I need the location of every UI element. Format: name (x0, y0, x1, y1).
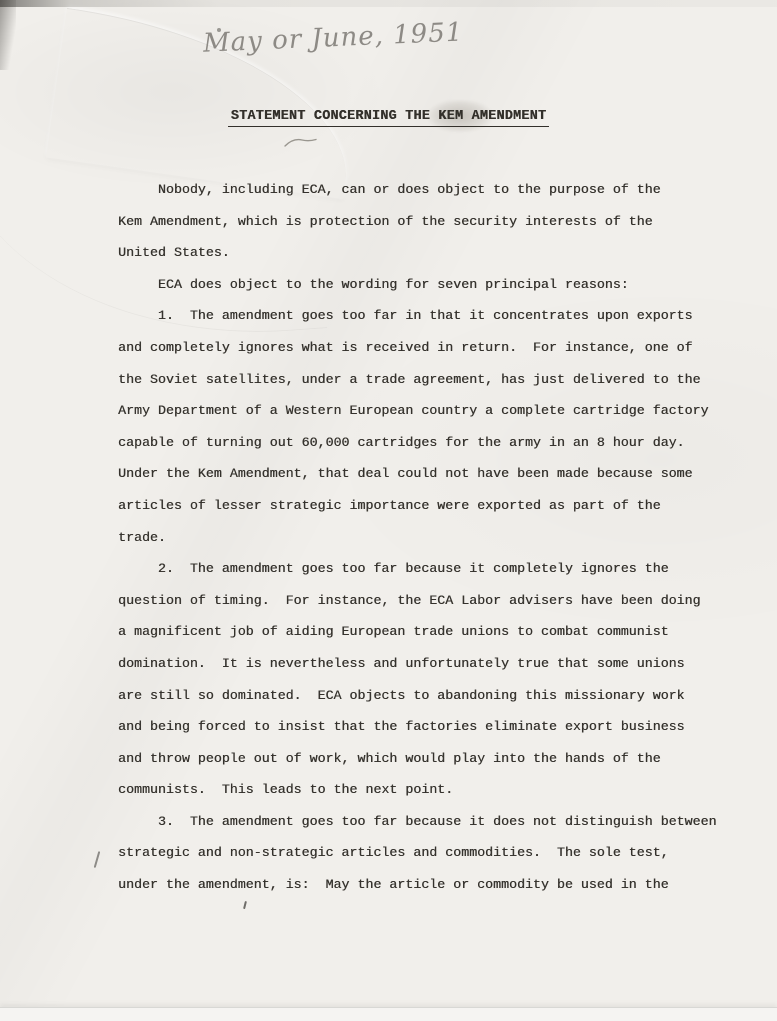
paragraph-intro: Nobody, including ECA, can or does objec… (118, 174, 730, 269)
pencil-tick-mark (243, 901, 246, 909)
scan-bottom-edge (0, 1007, 777, 1021)
paragraph-point-2: 2. The amendment goes too far because it… (118, 553, 730, 806)
pencil-stray-mark (94, 851, 100, 868)
document-body: Nobody, including ECA, can or does objec… (118, 174, 730, 901)
scan-corner-shadow (0, 0, 16, 70)
paragraph-point-1: 1. The amendment goes too far in that it… (118, 300, 730, 553)
paragraph-reasons-lead: ECA does object to the wording for seven… (118, 269, 730, 301)
scanned-document-page: May or June, 1951 STATEMENT CONCERNING T… (0, 0, 777, 1021)
title-row: STATEMENT CONCERNING THE KEM AMENDMENT (0, 106, 777, 127)
handwritten-date-annotation: May or June, 1951 (202, 19, 423, 59)
scan-edge-shadow (0, 0, 777, 7)
paragraph-point-3: 3. The amendment goes too far because it… (118, 806, 730, 901)
pencil-squiggle-mark (283, 135, 319, 149)
document-title: STATEMENT CONCERNING THE KEM AMENDMENT (228, 109, 549, 127)
